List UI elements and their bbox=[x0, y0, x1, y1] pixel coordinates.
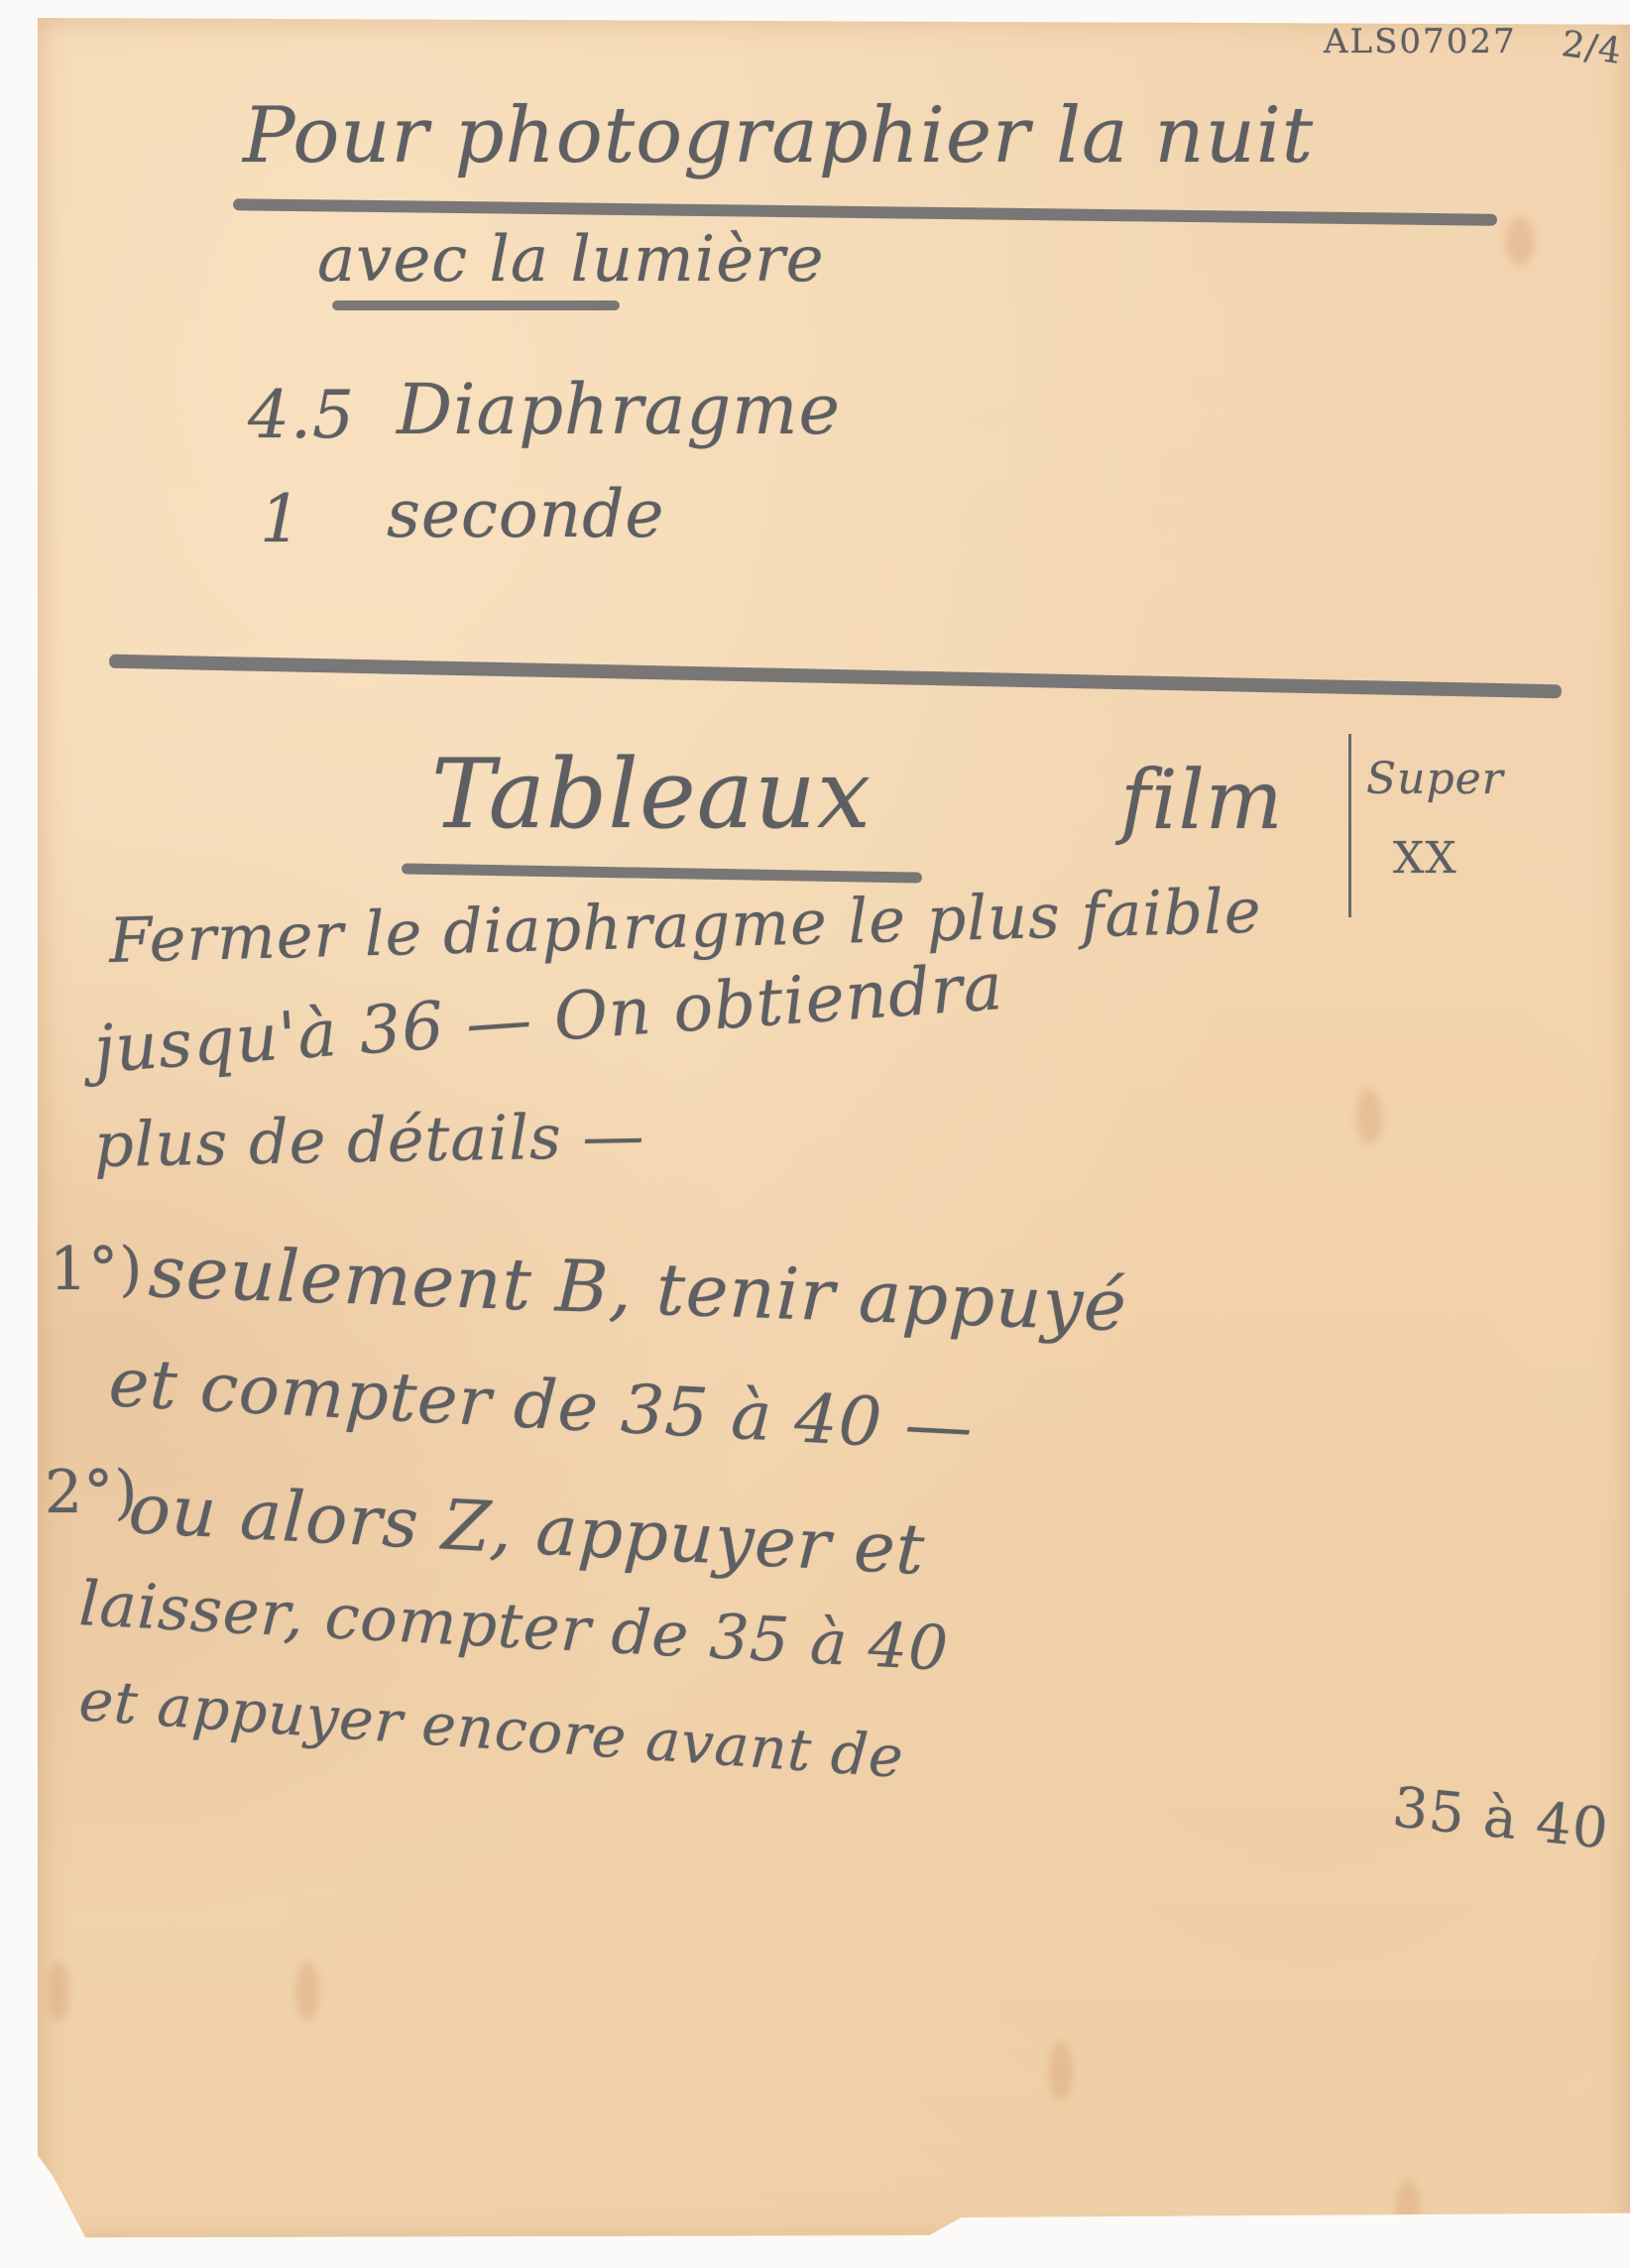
setting-value: 4.5 bbox=[248, 377, 355, 453]
intro-line: plus de détails — bbox=[93, 1099, 645, 1181]
stain bbox=[48, 1962, 69, 2021]
step-number: 2°) bbox=[45, 1458, 139, 1527]
film-type-line-1: Super bbox=[1366, 754, 1504, 804]
catalog-number: ALS07027 bbox=[1324, 22, 1517, 61]
stain bbox=[1505, 216, 1535, 266]
section-1-title-line-2: avec la lumière bbox=[317, 223, 825, 297]
section-2-heading: Tableaux bbox=[431, 739, 872, 850]
film-label: film bbox=[1120, 754, 1284, 848]
stain bbox=[1396, 2180, 1420, 2229]
stain bbox=[295, 1962, 319, 2021]
page-marker: 2/4 bbox=[1559, 24, 1624, 72]
subtitle-underline bbox=[332, 300, 620, 310]
setting-value: 1 bbox=[260, 481, 302, 557]
step-number: 1°) bbox=[50, 1235, 144, 1304]
setting-label: Diaphragme bbox=[397, 369, 841, 450]
film-type-line-2: XX bbox=[1393, 833, 1457, 884]
film-separator bbox=[1348, 734, 1351, 917]
stain bbox=[1356, 1089, 1382, 1144]
stain bbox=[1049, 2041, 1073, 2100]
section-1-title-line-1: Pour photographier la nuit bbox=[243, 91, 1314, 180]
setting-label: seconde bbox=[387, 476, 664, 552]
